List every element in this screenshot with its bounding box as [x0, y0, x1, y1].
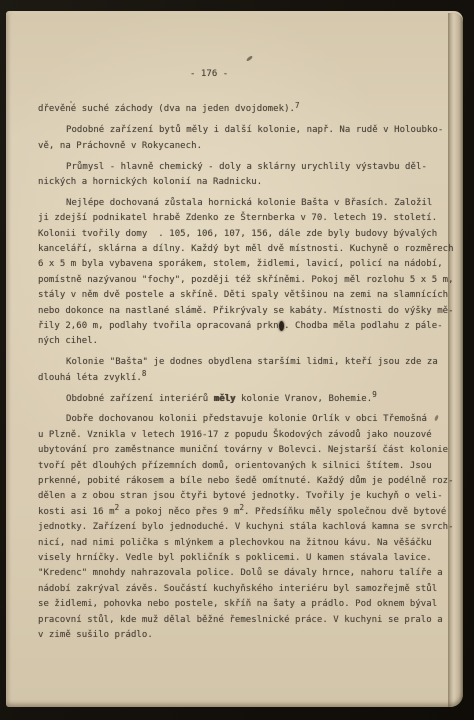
text-segment: Podobné zařízení bytů měly i další kolon… — [66, 125, 443, 135]
text-line: pomístně nazývanou "fochy", později též … — [38, 273, 445, 288]
paragraph: Kolonie "Bašta" je dodnes obydlena starš… — [38, 355, 445, 386]
paragraph: Podobné zařízení bytů měly i další kolon… — [38, 123, 445, 154]
superscript-footnote: 2 — [115, 503, 120, 512]
text-line: nádobí zakrýval závěs. Součástí kuchyňsk… — [38, 582, 445, 597]
book-page: - 176 - dřevěné suché záchody (dva na je… — [6, 11, 463, 707]
text-line: Průmysl - hlavně chemický - doly a sklár… — [38, 160, 445, 175]
text-line: visely hrníčky. Vedle byl pokličník s po… — [38, 551, 445, 566]
text-line: řily 2,60 m, podlahy tvořila opracovaná … — [38, 319, 445, 334]
text-line: 6 x 5 m byla vybavena sporákem, stolem, … — [38, 257, 445, 272]
text-segment: nických a hornických kolonií na Radnicku… — [38, 177, 262, 187]
text-line: v zimě sušilo prádlo. — [38, 628, 445, 643]
paragraph: Nejlépe dochovaná zůstala hornická kolon… — [38, 196, 445, 350]
text-segment: dělen a z obou stran jsou čtyři bytové j… — [38, 491, 443, 501]
text-segment: Obdobné zařízení interiérů — [66, 394, 214, 404]
text-segment: se židlemi, pohovka nebo postele, skříň … — [38, 599, 437, 609]
text-segment: stály v něm dvě postele a skříně. Děti s… — [38, 290, 448, 300]
scanned-book-photo: - 176 - dřevěné suché záchody (dva na je… — [0, 0, 474, 720]
text-segment: ji zdejší podnikatel hrabě Zdenko ze Šte… — [38, 213, 437, 223]
text-segment: Nejlépe dochovaná zůstala hornická kolon… — [66, 198, 432, 208]
text-line: "Kredenc" mnohdy nahrazovala police. Dol… — [38, 566, 445, 581]
superscript-footnote: 7 — [295, 101, 300, 110]
text-segment: řily 2,60 m, podlahy tvořila opracovaná … — [38, 321, 279, 331]
text-line: tvoří pět dlouhých přízemních domů, orie… — [38, 459, 445, 474]
text-segment: Průmysl - hlavně chemický - doly a sklár… — [66, 162, 427, 172]
paragraph: dřevěné suché záchody (dva na jeden dvoj… — [38, 102, 445, 117]
text-line: vě, na Práchovně v Rokycanech. — [38, 139, 445, 154]
text-segment: . Chodba měla podlahu z pále- — [284, 321, 443, 331]
paragraph: Průmysl - hlavně chemický - doly a sklár… — [38, 160, 445, 191]
text-line: dlouhá léta zvyklí.8 — [38, 371, 445, 386]
paragraph: Dobře dochovanou kolonii představuje kol… — [38, 412, 445, 643]
text-segment: v zimě sušilo prádlo. — [38, 630, 153, 640]
text-line: jednotky. Zařízení bylo jednoduché. V ku… — [38, 520, 445, 535]
text-block: - 176 - dřevěné suché záchody (dva na je… — [38, 67, 445, 643]
text-segment: kolonie Vranov, Bohemie. — [236, 394, 373, 404]
text-segment: kosti asi 16 m — [38, 507, 115, 517]
text-line: nebo dokonce na nastlané slámě. Přikrýva… — [38, 304, 445, 319]
text-line: kosti asi 16 m2 a pokoj něco přes 9 m2. … — [38, 505, 445, 520]
text-segment: prkenné, pobité rákosem a bíle nebo šedě… — [38, 476, 454, 486]
text-line: Podobné zařízení bytů měly i další kolon… — [38, 123, 445, 138]
text-segment: kanceláří, sklárna a dílny. Každý byt mě… — [38, 244, 454, 254]
page-edge-stack — [448, 13, 463, 707]
text-segment: dřevěné suché záchody (dva na jeden dvoj… — [38, 104, 295, 114]
text-line: u Plzně. Vznikla v letech 1916-17 z popu… — [38, 428, 445, 443]
text-line: ji zdejší podnikatel hrabě Zdenko ze Šte… — [38, 211, 445, 226]
text-segment: Kolonie "Bašta" je dodnes obydlena starš… — [66, 357, 438, 367]
superscript-footnote: 8 — [142, 369, 147, 378]
ink-speck — [246, 55, 253, 62]
text-line: dřevěné suché záchody (dva na jeden dvoj… — [38, 102, 445, 117]
paragraph: Obdobné zařízení interiérů měly kolonie … — [38, 392, 445, 407]
text-segment: visely hrníčky. Vedle byl pokličník s po… — [38, 553, 432, 563]
text-segment: "Kredenc" mnohdy nahrazovala police. Dol… — [38, 568, 443, 578]
text-line: Nejlépe dochovaná zůstala hornická kolon… — [38, 196, 445, 211]
superscript-footnote: 9 — [372, 390, 377, 399]
text-line: kanceláří, sklárna a dílny. Každý byt mě… — [38, 242, 445, 257]
text-segment: tvoří pět dlouhých přízemních domů, orie… — [38, 461, 432, 471]
text-line: pracovní stůl, kde muž dělal běžné řemes… — [38, 613, 445, 628]
text-segment: ných cihel. — [38, 336, 98, 346]
paragraphs-container: dřevěné suché záchody (dva na jeden dvoj… — [38, 102, 445, 643]
text-segment: a pokoj něco přes 9 m — [119, 507, 239, 517]
text-line: Obdobné zařízení interiérů měly kolonie … — [38, 392, 445, 407]
text-line: Dobře dochovanou kolonii představuje kol… — [38, 412, 445, 427]
text-segment: jednotky. Zařízení bylo jednoduché. V ku… — [38, 522, 454, 532]
text-line: stály v něm dvě postele a skříně. Děti s… — [38, 288, 445, 303]
text-segment: ubytování pro zaměstnance muniční továrn… — [38, 445, 448, 455]
text-segment: dlouhá léta zvyklí. — [38, 373, 142, 383]
text-segment: nebo dokonce na nastlané slámě. Přikrýva… — [38, 306, 454, 316]
text-segment: u Plzně. Vznikla v letech 1916-17 z popu… — [38, 430, 432, 440]
text-segment: měly — [214, 394, 236, 404]
text-line: prkenné, pobité rákosem a bíle nebo šedě… — [38, 474, 445, 489]
text-line: ných cihel. — [38, 334, 445, 349]
text-segment: . Předsíňku měly společnou dvě bytové — [244, 507, 446, 517]
text-line: nicí, nad nimi polička s mlýnkem a plech… — [38, 536, 445, 551]
text-segment: nicí, nad nimi polička s mlýnkem a plech… — [38, 538, 432, 548]
text-segment: Kolonii tvořily domy . 105, 106, 107, 15… — [38, 229, 437, 239]
text-segment: vě, na Práchovně v Rokycanech. — [38, 141, 202, 151]
page-number: - 176 - — [38, 67, 445, 82]
text-segment: pracovní stůl, kde muž dělal běžné řemes… — [38, 615, 443, 625]
text-line: Kolonii tvořily domy . 105, 106, 107, 15… — [38, 227, 445, 242]
superscript-footnote: 2 — [239, 503, 244, 512]
text-line: se židlemi, pohovka nebo postele, skříň … — [38, 597, 445, 612]
text-line: nických a hornických kolonií na Radnicku… — [38, 175, 445, 190]
text-segment: nádobí zakrýval závěs. Součástí kuchyňsk… — [38, 584, 437, 594]
text-line: Kolonie "Bašta" je dodnes obydlena starš… — [38, 355, 445, 370]
text-line: ubytování pro zaměstnance muniční továrn… — [38, 443, 445, 458]
text-segment: 6 x 5 m byla vybavena sporákem, stolem, … — [38, 259, 443, 269]
text-segment: Dobře dochovanou kolonii představuje kol… — [66, 414, 427, 424]
text-segment: pomístně nazývanou "fochy", později též … — [38, 275, 454, 285]
